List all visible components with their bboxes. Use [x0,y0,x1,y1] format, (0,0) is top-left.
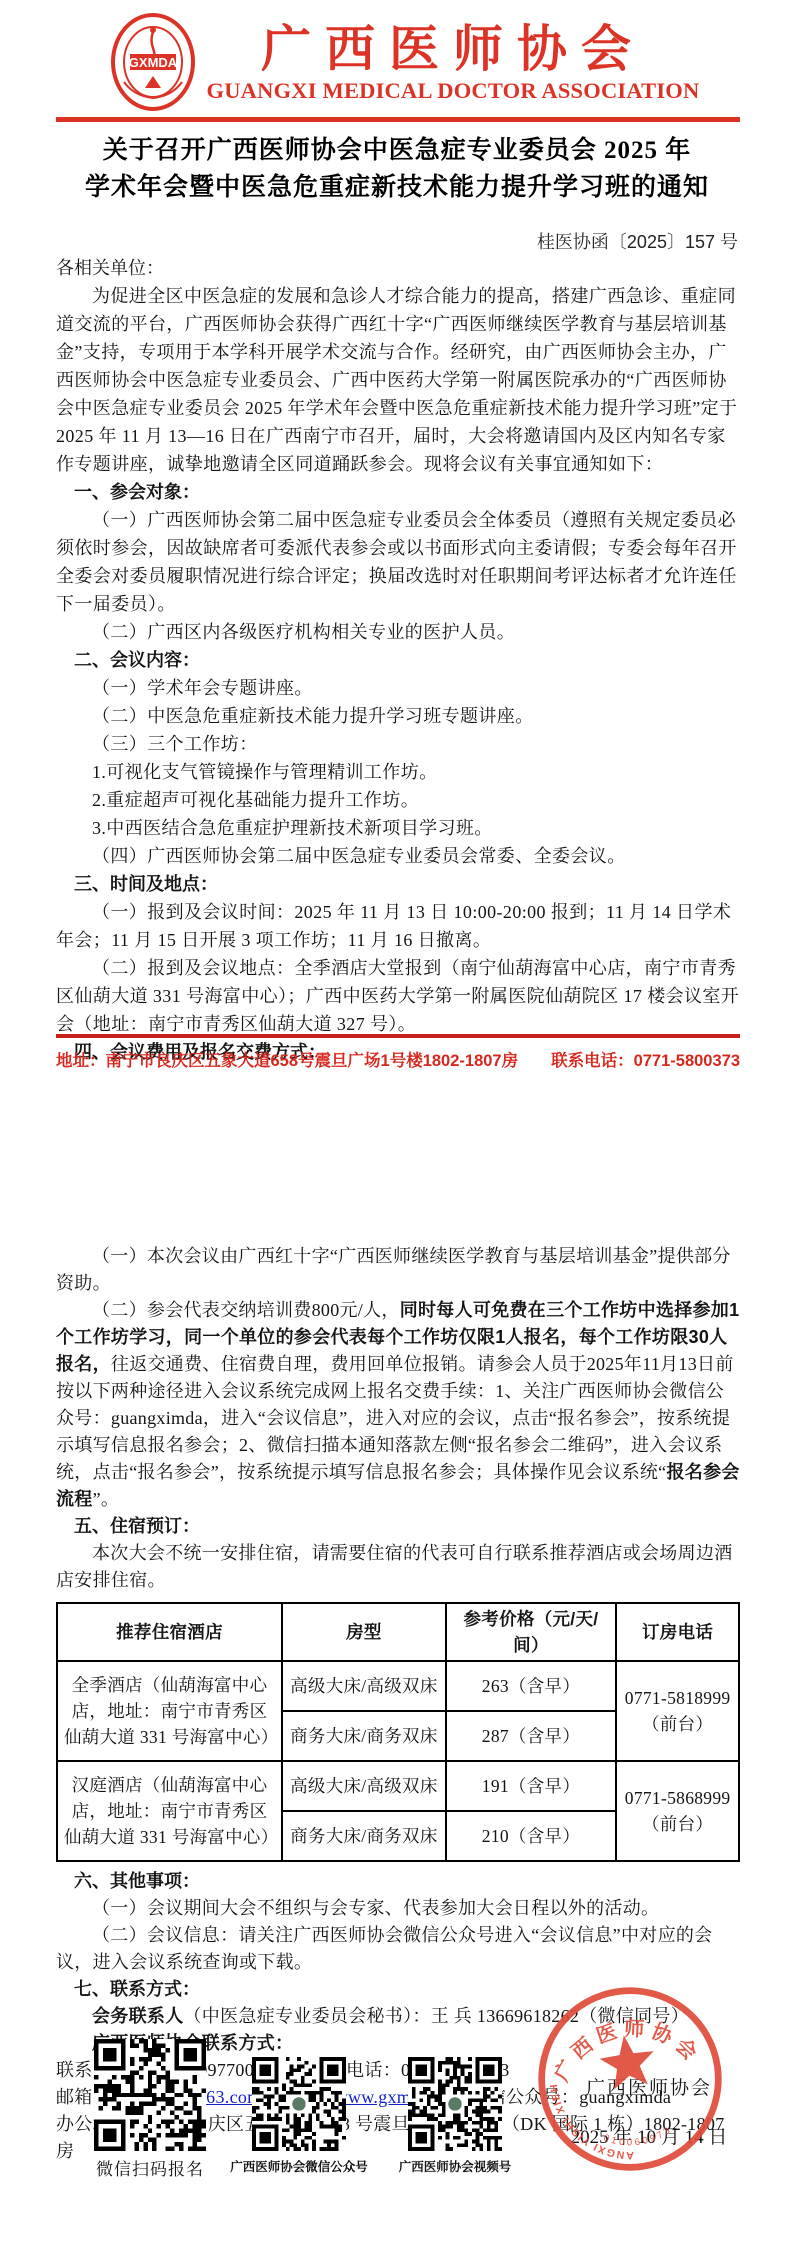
hotel2-phone-note: （前台） [623,1811,732,1837]
section2-item: （二）中医急危重症新技术能力提升学习班专题讲座。 [56,702,740,730]
section7-heading: 七、联系方式： [56,1976,740,2003]
section1-item: （一）广西医师协会第二届中医急症专业委员会全体委员（遵照有关规定委员必须依时参会… [56,506,740,618]
org-names: 广西医师协会 GUANGXI MEDICAL DOCTOR ASSOCIATIO… [196,20,740,104]
section2-heading: 二、会议内容： [56,646,740,674]
col-header-phone: 订房电话 [616,1603,739,1661]
video-channel-qr-code [408,2057,502,2151]
document-number: 桂医协函〔2025〕157 号 [537,228,738,254]
footer-address: 地址：南宁市良庆区五象大道658号震旦广场1号楼1802-1807房 [56,1047,518,1071]
section6-item: （二）会议信息：请关注广西医师协会微信公众号进入“会议信息”中对应的会议，进入会… [56,1922,740,1976]
notice-title: 关于召开广西医师协会中医急症专业委员会 2025 年 学术年会暨中医急危重症新技… [40,132,754,206]
hotel1-room1-price: 263（含早） [446,1661,617,1711]
section5-body: 本次大会不统一安排住宿，请需要住宿的代表可自行联系推荐酒店或会场周边酒店安排住宿… [56,1540,740,1594]
letterhead: GXMDA 广西医师协会 GUANGXI MEDICAL DOCTOR ASSO… [56,12,740,112]
wechat-official-qr-code [252,2057,346,2151]
org-name-cn: 广西医师协会 [196,20,710,78]
intro-paragraph: 为促进全区中医急症的发展和急诊人才综合能力的提高，搭建广西急诊、重症同道交流的平… [56,282,740,478]
hotel2-room1-price: 191（含早） [446,1761,617,1811]
page1-body: 各相关单位： 为促进全区中医急症的发展和急诊人才综合能力的提高，搭建广西急诊、重… [56,254,740,1066]
fee-item2-end: ”。 [93,1489,120,1509]
gxmda-logo-icon: GXMDA [110,12,196,112]
hotel1-phone-number: 0771-5818999 [623,1685,732,1711]
salutation: 各相关单位： [56,254,740,282]
hotel1-room1-type: 高级大床/高级双床 [282,1661,446,1711]
notice-title-line1: 关于召开广西医师协会中医急症专业委员会 2025 年 [40,132,754,169]
hotel-table: 推荐住宿酒店 房型 参考价格（元/天/间） 订房电话 全季酒店（仙葫海富中心店，… [56,1602,740,1862]
fee-item1: （一）本次会议由广西红十字“广西医师继续医学教育与基层培训基金”提供部分资助。 [56,1243,740,1297]
section3-item: （一）报到及会议时间：2025 年 11 月 13 日 10:00-20:00 … [56,898,740,954]
section2-item: （三）三个工作坊： [56,730,740,758]
hotel2-phone-number: 0771-5868999 [623,1785,732,1811]
notice-document: GXMDA 广西医师协会 GUANGXI MEDICAL DOCTOR ASSO… [0,0,794,2244]
fee-item2-pre: （二）参会代表交纳培训费800元/人， [92,1300,400,1320]
signature-text: 广西医师协会 2025 年 10 月 14 日 [524,2073,774,2149]
fee-item2-mid: 往返交通费、住宿费自理，费用回单位报销。请参会人员于2025年11月13日前按以… [56,1354,734,1482]
header-divider [56,117,740,122]
hotel1-room2-type: 商务大床/商务双床 [282,1711,446,1761]
section5-heading: 五、住宿预订： [56,1513,740,1540]
hotel2-room1-type: 高级大床/高级双床 [282,1761,446,1811]
footer-phone: 联系电话：0771-5800373 [551,1047,740,1071]
wechat-official-qr-caption: 广西医师协会微信公众号 [216,2157,382,2175]
col-header-price: 参考价格（元/天/间） [446,1603,617,1661]
signature-date: 2025 年 10 月 14 日 [524,2122,774,2149]
section2-item: （一）学术年会专题讲座。 [56,674,740,702]
page1-footer: 地址：南宁市良庆区五象大道658号震旦广场1号楼1802-1807房 联系电话：… [56,1034,740,1071]
hotel1-phone: 0771-5818999 （前台） [616,1661,739,1761]
table-row: 汉庭酒店（仙葫海富中心店，地址：南宁市青秀区仙葫大道 331 号海富中心） 高级… [57,1761,739,1811]
svg-text:GXMDA: GXMDA [129,55,178,70]
section3-item: （二）报到及会议地点：全季酒店大堂报到（南宁仙葫海富中心店，南宁市青秀区仙葫大道… [56,954,740,1038]
col-header-hotel: 推荐住宿酒店 [57,1603,282,1661]
org-name-en: GUANGXI MEDICAL DOCTOR ASSOCIATION [196,78,710,104]
hotel-table-header-row: 推荐住宿酒店 房型 参考价格（元/天/间） 订房电话 [57,1603,739,1661]
col-header-roomtype: 房型 [282,1603,446,1661]
hotel1-name: 全季酒店（仙葫海富中心店，地址：南宁市青秀区仙葫大道 331 号海富中心） [57,1661,282,1761]
section2-item: 3.中西医结合急危重症护理新技术新项目学习班。 [56,814,740,842]
hotel2-phone: 0771-5868999 （前台） [616,1761,739,1861]
section2-item: （四）广西医师协会第二届中医急症专业委员会常委、全委会议。 [56,842,740,870]
registration-qr-code [94,2039,206,2151]
registration-qr-caption: 微信扫码报名 [76,2155,224,2180]
section2-item: 1.可视化支气管镜操作与管理精训工作坊。 [56,758,740,786]
hotel2-room2-type: 商务大床/商务双床 [282,1811,446,1861]
signature-org: 广西医师协会 [524,2073,774,2100]
section3-heading: 三、时间及地点： [56,870,740,898]
hotel1-room2-price: 287（含早） [446,1711,617,1761]
section1-heading: 一、参会对象： [56,478,740,506]
section1-item: （二）广西区内各级医疗机构相关专业的医护人员。 [56,618,740,646]
notice-title-line2: 学术年会暨中医急危重症新技术能力提升学习班的通知 [40,169,754,206]
hotel2-name: 汉庭酒店（仙葫海富中心店，地址：南宁市青秀区仙葫大道 331 号海富中心） [57,1761,282,1861]
table-row: 全季酒店（仙葫海富中心店，地址：南宁市青秀区仙葫大道 331 号海富中心） 高级… [57,1661,739,1711]
video-channel-qr-caption: 广西医师协会视频号 [382,2157,528,2175]
fee-item2: （二）参会代表交纳培训费800元/人，同时每人可免费在三个工作坊中选择参加1个工… [56,1297,740,1513]
hotel2-room2-price: 210（含早） [446,1811,617,1861]
section2-item: 2.重症超声可视化基础能力提升工作坊。 [56,786,740,814]
hotel1-phone-note: （前台） [623,1711,732,1737]
section6-heading: 六、其他事项： [56,1868,740,1895]
signature-block: 微信扫码报名 广西医师协会微信公众号 广西医师协会视频号 广西医师协会 2025… [56,2015,740,2240]
section6-item: （一）会议期间大会不组织与会专家、代表参加大会日程以外的活动。 [56,1895,740,1922]
